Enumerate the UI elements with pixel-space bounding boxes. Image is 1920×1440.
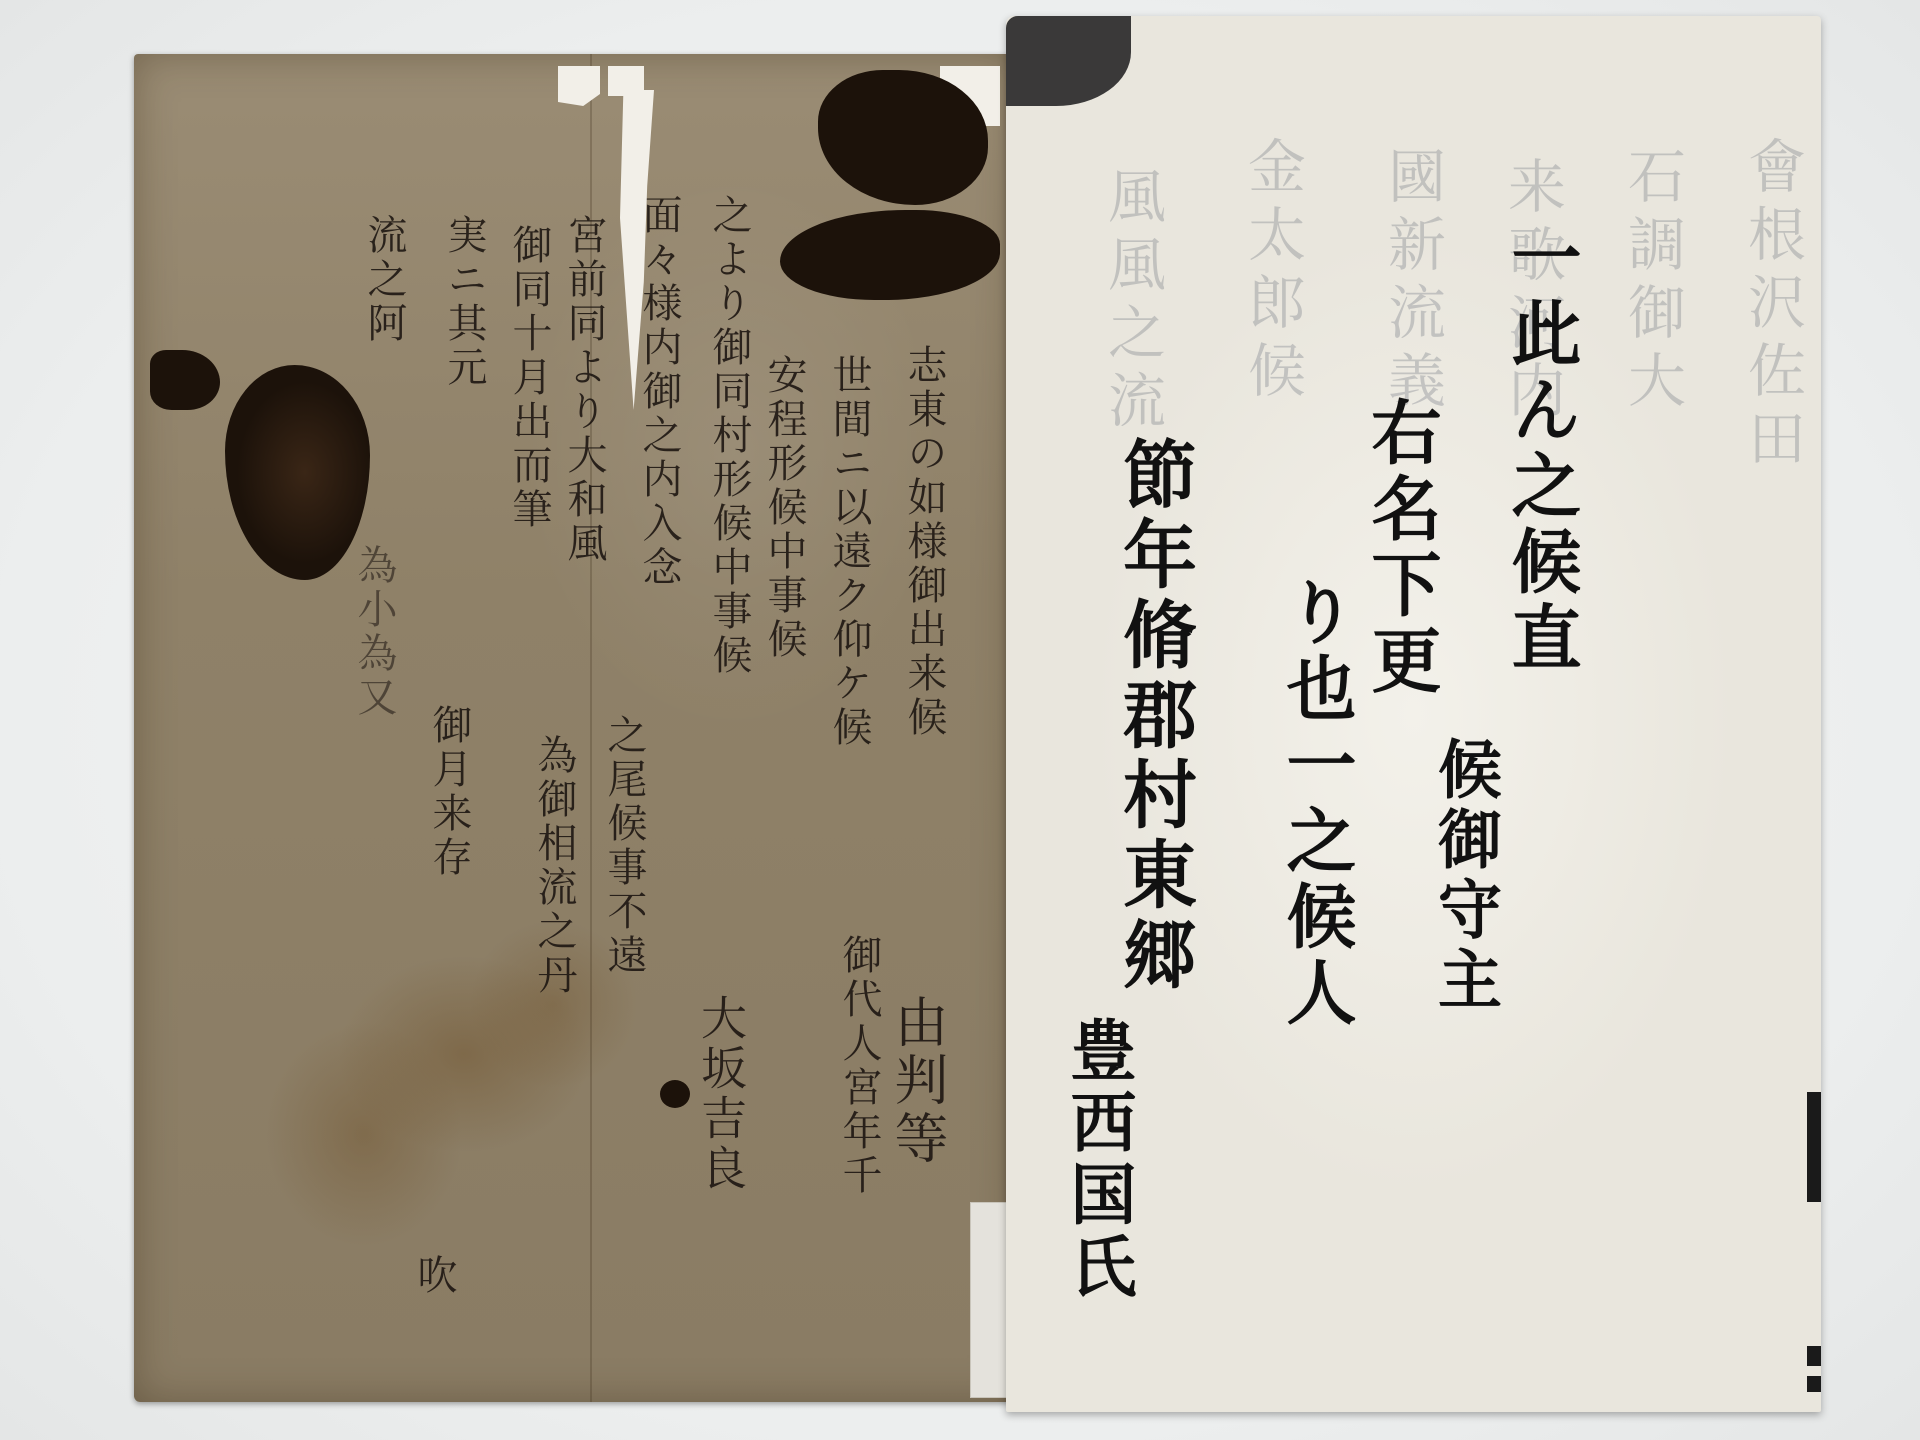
manuscript-column: 為小為又: [354, 544, 394, 720]
manuscript-column: 大坂吉良: [698, 994, 744, 1194]
manuscript-column: 宮前同より大和風: [564, 214, 604, 566]
manuscript-column: 節年脩郡村東郷: [1117, 436, 1191, 996]
bleed-through-column: 風風之流: [1103, 166, 1161, 438]
ink-stain: [660, 1080, 690, 1108]
manuscript-column: り也一之候人: [1281, 576, 1351, 1032]
manuscript-column: 候御守主: [1432, 736, 1496, 1016]
manuscript-column: 世間ニ以遠ク仰ケ候: [829, 354, 869, 750]
corner-ink-stain: [1006, 16, 1131, 106]
manuscript-column: 吹: [414, 1254, 454, 1298]
bleed-through-column: 石調御大: [1623, 146, 1681, 418]
manuscript-column: 安程形候中事候: [764, 354, 804, 662]
manuscript-column: 之尾候事不遠: [604, 714, 644, 978]
manuscript-column: 面々様内御之内入念: [639, 194, 679, 590]
right-page-paper: 會根沢佐田 石調御大 来歌河内 國新流義 金太郎候 風風之流 一此ん之候直 候御…: [1006, 16, 1821, 1412]
manuscript-column: 由判等: [890, 994, 944, 1168]
bleed-through-column: 國新流義: [1383, 146, 1441, 418]
manuscript-column: 右名下更: [1366, 396, 1436, 700]
edge-ink-mark: [1807, 1092, 1821, 1202]
ink-stain: [150, 350, 220, 410]
manuscript-column: 御代人宮年千: [839, 934, 879, 1198]
bleed-through-column: 會根沢佐田: [1743, 136, 1801, 476]
manuscript-column: 御同十月出而筆: [509, 224, 549, 532]
edge-ink-mark: [1807, 1376, 1821, 1392]
manuscript-column: 御月来存: [429, 704, 469, 880]
manuscript-column: 豊西国氏: [1065, 1016, 1131, 1304]
edge-ink-mark: [1807, 1346, 1821, 1366]
manuscript-column: 流之阿: [364, 214, 404, 346]
manuscript-column: 之より御同村形候中事候: [709, 194, 749, 678]
bleed-through-column: 金太郎候: [1243, 136, 1301, 408]
manuscript-column: 志東の如様御出来候: [904, 344, 944, 740]
manuscript-column: 一此ん之候直: [1506, 221, 1576, 677]
manuscript-column: 実ニ其元: [444, 214, 484, 390]
manuscript-column: 為御相流之丹: [534, 734, 574, 998]
